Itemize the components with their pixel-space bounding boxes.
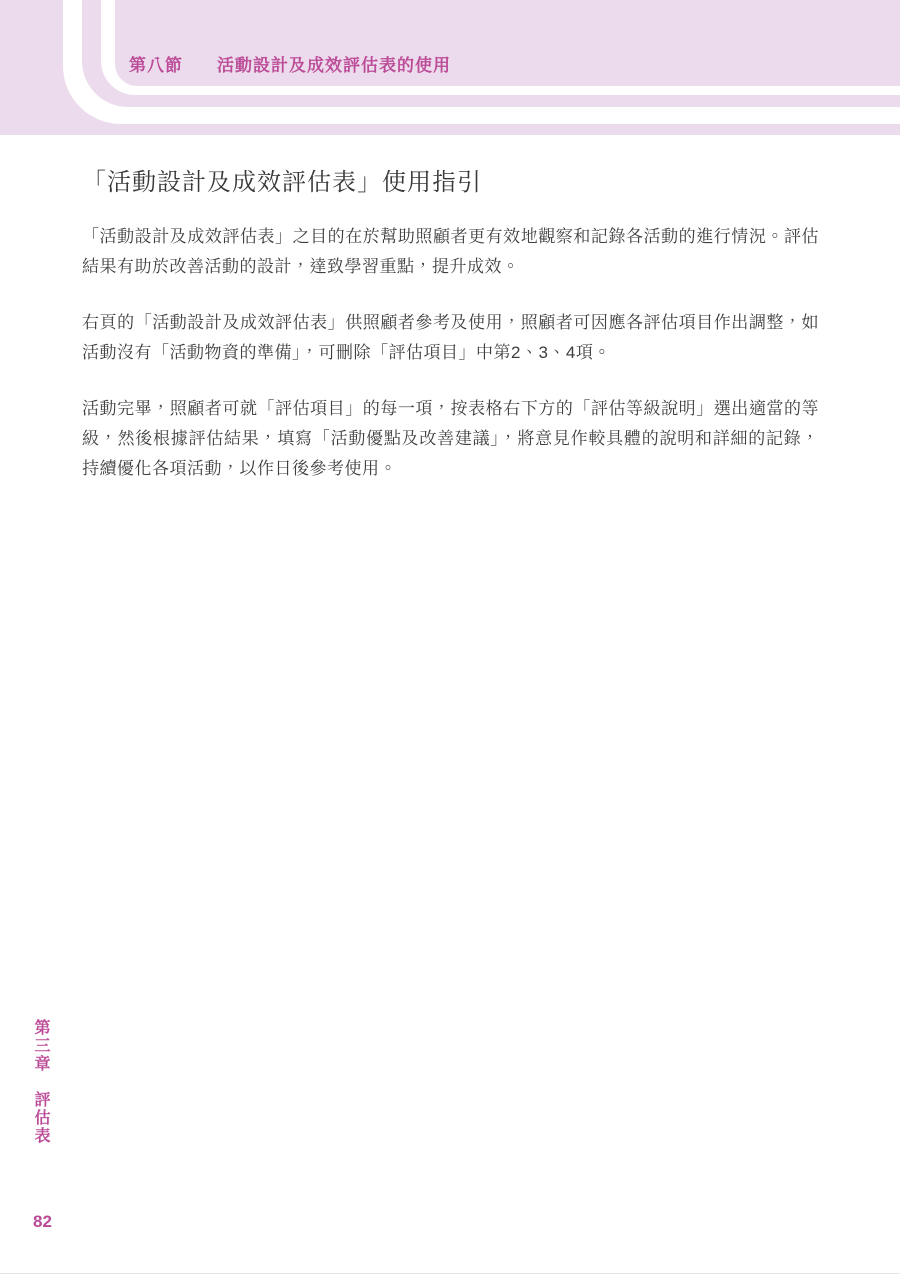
paragraph-after-activity: 活動完畢，照顧者可就「評估項目」的每一項，按表格右下方的「評估等級說明」選出適當… (82, 394, 819, 484)
paragraph-adjustment: 右頁的「活動設計及成效評估表」供照顧者參考及使用，照顧者可因應各評估項目作出調整… (82, 308, 819, 368)
paragraph-purpose: 「活動設計及成效評估表」之目的在於幫助照顧者更有效地觀察和記錄各活動的進行情況。… (82, 222, 819, 282)
section-title: 活動設計及成效評估表的使用 (217, 56, 451, 75)
page-header: 第八節活動設計及成效評估表的使用 (0, 0, 900, 135)
chapter-title-label: 評估表 (31, 1091, 50, 1145)
page-number: 82 (33, 1212, 52, 1232)
main-content: 「活動設計及成效評估表」使用指引 「活動設計及成效評估表」之目的在於幫助照顧者更… (82, 168, 819, 510)
chapter-label: 第三章 (31, 1019, 50, 1073)
section-number: 第八節 (129, 56, 183, 75)
page-title: 「活動設計及成效評估表」使用指引 (82, 168, 819, 198)
chapter-sidebar: 第三章 評估表 (31, 1019, 50, 1145)
header-section-line: 第八節活動設計及成效評估表的使用 (129, 54, 451, 78)
header-inner-panel: 第八節活動設計及成效評估表的使用 (115, 0, 900, 86)
document-page: 第八節活動設計及成效評估表的使用 「活動設計及成效評估表」使用指引 「活動設計及… (0, 0, 900, 1274)
